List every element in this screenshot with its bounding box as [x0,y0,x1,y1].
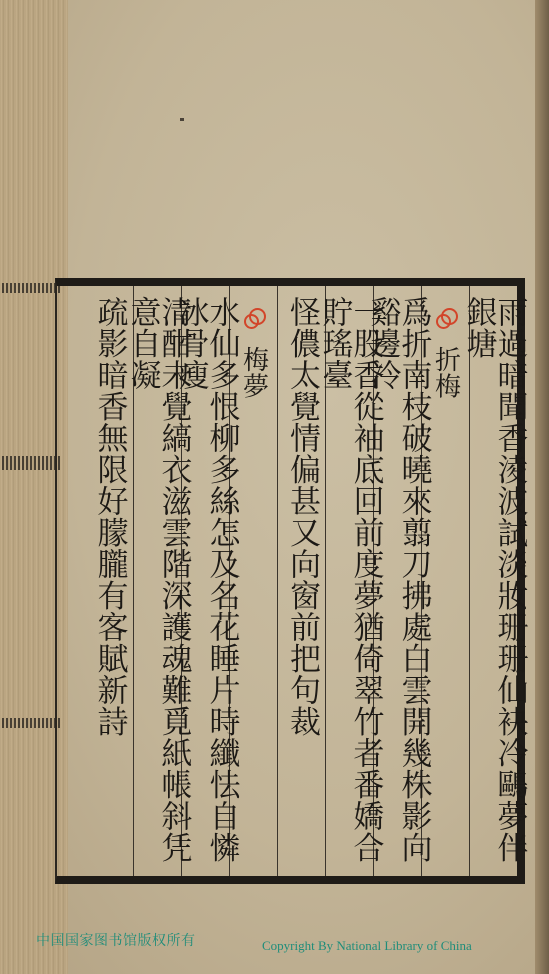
copyright-watermark-english: Copyright By National Library of China [262,938,472,954]
text-frame: 雨過暗聞香淩波試淡妝珊珊仙袂冷鷗夢伴銀塘 折梅 爲折南枝破曉來翦刀拂處白雲開幾株… [55,278,525,884]
verse-line: 清酣未覺縞衣滋雲階深護魂難覓紙帳斜凭意自凝 [127,296,189,876]
column-4: 一股香從袖底回前度夢猶倚翠竹者番嬌合貯瑤臺 [325,286,373,876]
column-1: 雨過暗聞香淩波試淡妝珊珊仙袂冷鷗夢伴銀塘 [469,286,517,876]
column-5: 怪儂太覺情偏甚又向窗前把句裁 [277,286,325,876]
edge-ink-mark-middle [2,456,60,470]
red-circle-mark-icon [244,308,264,328]
book-page: 雨過暗聞香淩波試淡妝珊珊仙袂冷鷗夢伴銀塘 折梅 爲折南枝破曉來翦刀拂處白雲開幾株… [0,0,549,974]
edge-ink-mark-bottom [2,718,60,728]
red-circle-mark-icon [436,308,456,328]
copyright-watermark-chinese: 中国国家图书馆版权所有 [36,930,196,950]
page-right-edge [535,0,549,974]
paper-speck [180,118,184,121]
verse-line: 雨過暗聞香淩波試淡妝珊珊仙袂冷鷗夢伴銀塘 [463,296,525,876]
column-8: 清酣未覺縞衣滋雲階深護魂難覓紙帳斜凭意自凝 [133,286,181,876]
verse-line: 一股香從袖底回前度夢猶倚翠竹者番嬌合貯瑤臺 [319,296,381,876]
poem-title: 折梅 [433,346,459,399]
text-columns: 雨過暗聞香淩波試淡妝珊珊仙袂冷鷗夢伴銀塘 折梅 爲折南枝破曉來翦刀拂處白雲開幾株… [57,286,517,876]
verse-line: 疏影暗香無限好朦朧有客賦新詩 [94,296,125,737]
poem-title: 梅夢 [241,346,267,399]
column-9: 疏影暗香無限好朦朧有客賦新詩 [85,286,133,876]
verse-line: 怪儂太覺情偏甚又向窗前把句裁 [286,296,317,737]
edge-ink-mark-top [2,283,60,293]
